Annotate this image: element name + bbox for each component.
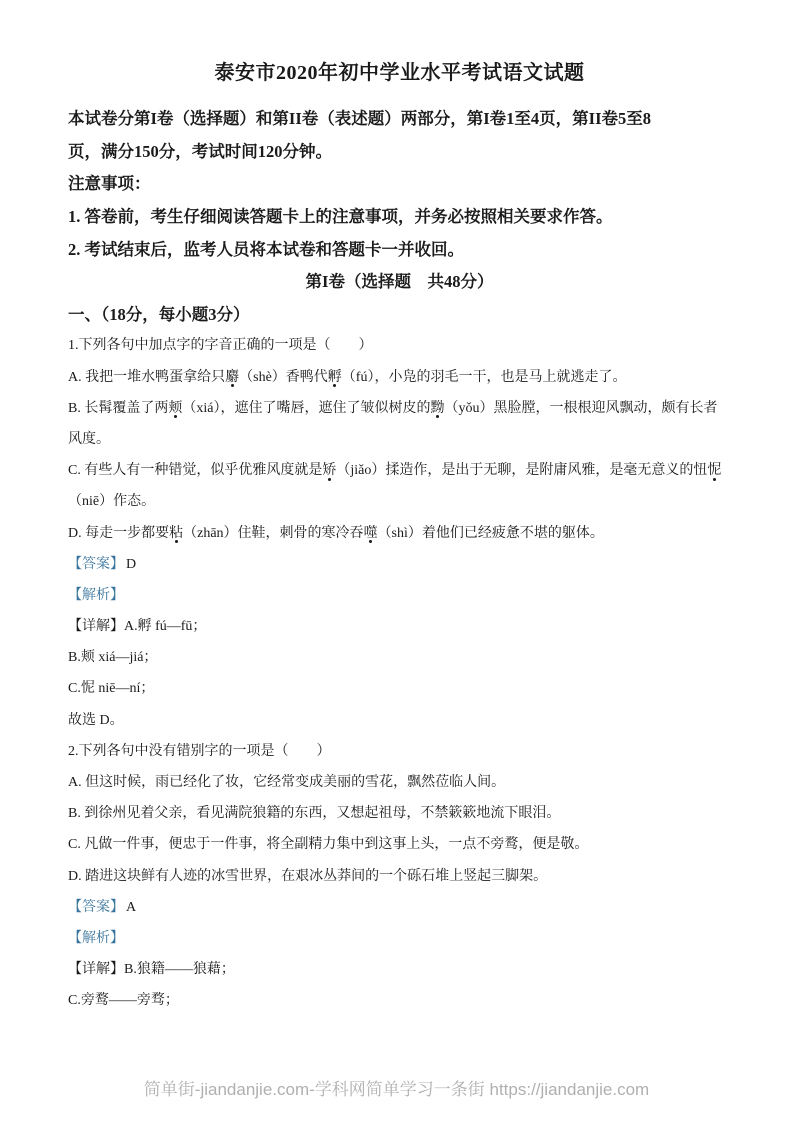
intro-line-1: 本试卷分第I卷（选择题）和第II卷（表述题）两部分，第I卷1至4页，第II卷5至… [68, 109, 731, 130]
question-line: D. 每走一步都要粘（zhān）住鞋，刺骨的寒冷吞噬（shì）着他们已经疲惫不堪… [68, 525, 731, 543]
question-block: 1.下列各句中加点字的字音正确的一项是（ ）A. 我把一堆水鸭蛋拿给只麝（shè… [68, 337, 731, 729]
dotted-char: 麝 [225, 370, 239, 385]
detail-lines: 【详解】B.狼籍——狼藉；C.旁鹜——旁骛； [68, 961, 731, 1010]
answer-value: D [124, 557, 136, 572]
intro-line-2: 页，满分150分，考试时间120分钟。 [68, 142, 731, 163]
notice-item-2: 2. 考试结束后，监考人员将本试卷和答题卡一并收回。 [68, 240, 731, 261]
question-line: （niē）作态。 [68, 493, 731, 511]
answer-label: 【答案】 [68, 557, 124, 572]
question-line: C. 有些人有一种错觉，似乎优雅风度就是矫（jiǎo）揉造作，是出于无聊，是附庸… [68, 462, 731, 480]
dotted-char: 黝 [430, 401, 444, 416]
answer-line: 【答案】A [68, 899, 731, 917]
question-line: 风度。 [68, 431, 731, 449]
question-block: 2.下列各句中没有错别字的一项是（ ）A. 但这时候，雨已经化了妆，它经常变成美… [68, 743, 731, 1011]
question-line: 2.下列各句中没有错别字的一项是（ ） [68, 743, 731, 761]
dotted-char: 孵 [328, 370, 342, 385]
answer-value: A [124, 900, 136, 915]
section-heading: 第I卷（选择题 共48分） [68, 272, 731, 293]
part-heading: 一、（18分，每小题3分） [68, 305, 731, 326]
questions: 1.下列各句中加点字的字音正确的一项是（ ）A. 我把一堆水鸭蛋拿给只麝（shè… [68, 337, 731, 1010]
notice-item-1: 1. 答卷前，考生仔细阅读答题卡上的注意事项，并务必按照相关要求作答。 [68, 207, 731, 228]
answer-line: 【答案】D [68, 556, 731, 574]
detail-line: 【详解】B.狼籍——狼藉； [68, 961, 731, 979]
answer-label: 【答案】 [68, 900, 124, 915]
exam-page: 泰安市2020年初中学业水平考试语文试题 本试卷分第I卷（选择题）和第II卷（表… [0, 0, 793, 1011]
question-line: D. 踏进这块鲜有人迹的冰雪世界，在艰冰丛莽间的一个砾石堆上竖起三脚架。 [68, 868, 731, 886]
detail-line: C.怩 niē—ní； [68, 680, 731, 698]
dotted-char: 矫 [322, 463, 336, 478]
detail-line: C.旁鹜——旁骛； [68, 992, 731, 1010]
question-line: A. 我把一堆水鸭蛋拿给只麝（shè）香鸭代孵（fú），小凫的羽毛一干，也是马上… [68, 369, 731, 387]
dotted-char: 噬 [364, 526, 378, 541]
analysis-line: 【解析】 [68, 930, 731, 948]
detail-line: B.颊 xiá—jiá； [68, 649, 731, 667]
question-line: A. 但这时候，雨已经化了妆，它经常变成美丽的雪花，飘然莅临人间。 [68, 774, 731, 792]
page-title: 泰安市2020年初中学业水平考试语文试题 [68, 56, 731, 85]
dotted-char: 颊 [168, 401, 182, 416]
question-line: 1.下列各句中加点字的字音正确的一项是（ ） [68, 337, 731, 355]
dotted-char: 粘 [169, 526, 183, 541]
detail-lines: 【详解】A.孵 fú—fū；B.颊 xiá—jiá；C.怩 niē—ní；故选 … [68, 618, 731, 730]
question-lines: 1.下列各句中加点字的字音正确的一项是（ ）A. 我把一堆水鸭蛋拿给只麝（shè… [68, 337, 731, 542]
question-line: B. 长髯覆盖了两颊（xiá），遮住了嘴唇，遮住了皱似树皮的黝（yǒu）黑脸膛，… [68, 400, 731, 418]
question-line: B. 到徐州见着父亲，看见满院狼籍的东西，又想起祖母，不禁簌簌地流下眼泪。 [68, 805, 731, 823]
analysis-label: 【解析】 [68, 588, 124, 603]
analysis-line: 【解析】 [68, 587, 731, 605]
footer-watermark: 简单街-jiandanjie.com-学科网简单学习一条街 https://ji… [0, 1075, 793, 1100]
dotted-char: 怩 [707, 463, 721, 478]
analysis-label: 【解析】 [68, 931, 124, 946]
detail-line: 故选 D。 [68, 712, 731, 730]
question-line: C. 凡做一件事，便忠于一件事，将全副精力集中到这事上头，一点不旁鹜，便是敬。 [68, 836, 731, 854]
detail-line: 【详解】A.孵 fú—fū； [68, 618, 731, 636]
notice-heading: 注意事项： [68, 174, 731, 195]
question-lines: 2.下列各句中没有错别字的一项是（ ）A. 但这时候，雨已经化了妆，它经常变成美… [68, 743, 731, 886]
